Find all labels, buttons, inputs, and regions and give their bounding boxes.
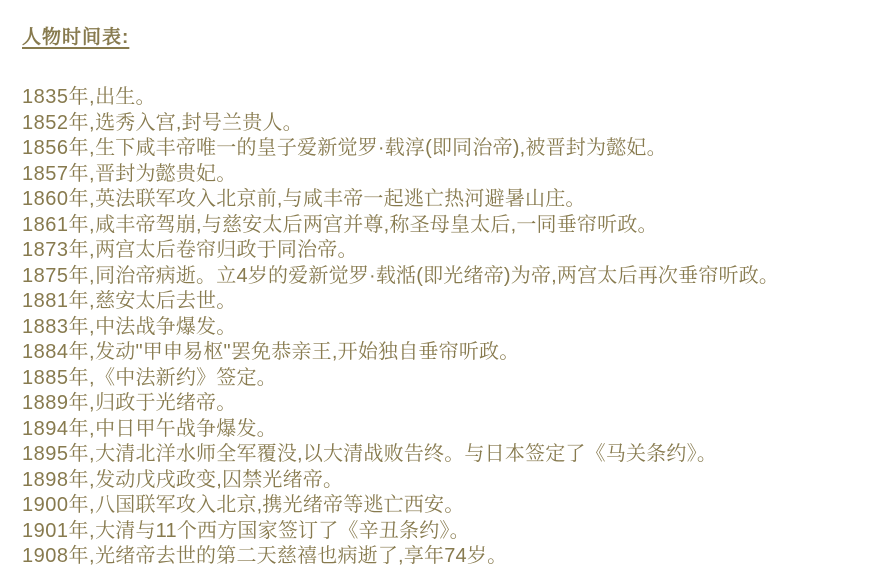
timeline-year: 1894年, xyxy=(22,418,95,440)
timeline-entry: 1873年,两宫太后卷帘归政于同治帝。 xyxy=(22,238,869,264)
timeline-year: 1895年, xyxy=(22,443,95,465)
timeline-year: 1885年, xyxy=(22,367,95,389)
timeline-entry: 1875年,同治帝病逝。立4岁的爱新觉罗·载湉(即光绪帝)为帝,两宫太后再次垂帘… xyxy=(22,264,869,290)
timeline-year: 1861年, xyxy=(22,214,95,236)
timeline-event: 大清与11个西方国家签订了《辛丑条约》。 xyxy=(95,520,470,542)
timeline-event: 同治帝病逝。立4岁的爱新觉罗·载湉(即光绪帝)为帝,两宫太后再次垂帘听政。 xyxy=(95,265,779,287)
timeline-entry: 1884年,发动"甲申易枢"罢免恭亲王,开始独自垂帘听政。 xyxy=(22,340,869,366)
timeline-event: 选秀入宫,封号兰贵人。 xyxy=(95,112,303,134)
timeline-year: 1873年, xyxy=(22,239,95,261)
timeline-event: 咸丰帝驾崩,与慈安太后两宫并尊,称圣母皇太后,一同垂帘听政。 xyxy=(95,214,658,236)
timeline-year: 1852年, xyxy=(22,112,95,134)
timeline-event: 两宫太后卷帘归政于同治帝。 xyxy=(95,239,358,261)
timeline-year: 1856年, xyxy=(22,137,95,159)
timeline-entry: 1889年,归政于光绪帝。 xyxy=(22,391,869,417)
timeline-year: 1857年, xyxy=(22,163,95,185)
timeline-year: 1875年, xyxy=(22,265,95,287)
timeline-event: 大清北洋水师全军覆没,以大清战败告终。与日本签定了《马关条约》。 xyxy=(95,443,717,465)
timeline-year: 1883年, xyxy=(22,316,95,338)
timeline-entry: 1908年,光绪帝去世的第二天慈禧也病逝了,享年74岁。 xyxy=(22,544,869,570)
timeline-event: 生下咸丰帝唯一的皇子爱新觉罗·载淳(即同治帝),被晋封为懿妃。 xyxy=(95,137,667,159)
page-title: 人物时间表: xyxy=(22,22,135,49)
timeline-event: 《中法新约》签定。 xyxy=(95,367,277,389)
timeline-entry: 1883年,中法战争爆发。 xyxy=(22,315,869,341)
timeline-entry: 1881年,慈安太后去世。 xyxy=(22,289,869,315)
timeline-year: 1835年, xyxy=(22,86,95,108)
timeline-event: 发动戊戌政变,囚禁光绪帝。 xyxy=(95,469,343,491)
timeline-entry: 1852年,选秀入宫,封号兰贵人。 xyxy=(22,111,869,137)
timeline-list: 1835年,出生。 1852年,选秀入宫,封号兰贵人。 1856年,生下咸丰帝唯… xyxy=(22,85,869,570)
timeline-entry: 1856年,生下咸丰帝唯一的皇子爱新觉罗·载淳(即同治帝),被晋封为懿妃。 xyxy=(22,136,869,162)
timeline-year: 1860年, xyxy=(22,188,95,210)
timeline-year: 1901年, xyxy=(22,520,95,542)
timeline-entry: 1894年,中日甲午战争爆发。 xyxy=(22,417,869,443)
timeline-entry: 1860年,英法联军攻入北京前,与咸丰帝一起逃亡热河避暑山庄。 xyxy=(22,187,869,213)
timeline-year: 1889年, xyxy=(22,392,95,414)
document-page: 人物时间表: 1835年,出生。 1852年,选秀入宫,封号兰贵人。 1856年… xyxy=(0,0,879,578)
timeline-entry: 1861年,咸丰帝驾崩,与慈安太后两宫并尊,称圣母皇太后,一同垂帘听政。 xyxy=(22,213,869,239)
timeline-entry: 1901年,大清与11个西方国家签订了《辛丑条约》。 xyxy=(22,519,869,545)
timeline-year: 1884年, xyxy=(22,341,95,363)
timeline-entry: 1885年,《中法新约》签定。 xyxy=(22,366,869,392)
timeline-event: 归政于光绪帝。 xyxy=(95,392,236,414)
timeline-event: 八国联军攻入北京,携光绪帝等逃亡西安。 xyxy=(95,494,464,516)
timeline-event: 英法联军攻入北京前,与咸丰帝一起逃亡热河避暑山庄。 xyxy=(95,188,586,210)
timeline-year: 1908年, xyxy=(22,545,95,567)
timeline-entry: 1857年,晋封为懿贵妃。 xyxy=(22,162,869,188)
timeline-event: 出生。 xyxy=(95,86,156,108)
timeline-entry: 1835年,出生。 xyxy=(22,85,869,111)
timeline-year: 1900年, xyxy=(22,494,95,516)
timeline-event: 中日甲午战争爆发。 xyxy=(95,418,277,440)
timeline-event: 光绪帝去世的第二天慈禧也病逝了,享年74岁。 xyxy=(95,545,507,567)
timeline-entry: 1895年,大清北洋水师全军覆没,以大清战败告终。与日本签定了《马关条约》。 xyxy=(22,442,869,468)
timeline-entry: 1900年,八国联军攻入北京,携光绪帝等逃亡西安。 xyxy=(22,493,869,519)
timeline-event: 晋封为懿贵妃。 xyxy=(95,163,236,185)
timeline-event: 中法战争爆发。 xyxy=(95,316,236,338)
timeline-year: 1881年, xyxy=(22,290,95,312)
timeline-event: 慈安太后去世。 xyxy=(95,290,236,312)
timeline-event: 发动"甲申易枢"罢免恭亲王,开始独自垂帘听政。 xyxy=(95,341,519,363)
timeline-year: 1898年, xyxy=(22,469,95,491)
timeline-entry: 1898年,发动戊戌政变,囚禁光绪帝。 xyxy=(22,468,869,494)
